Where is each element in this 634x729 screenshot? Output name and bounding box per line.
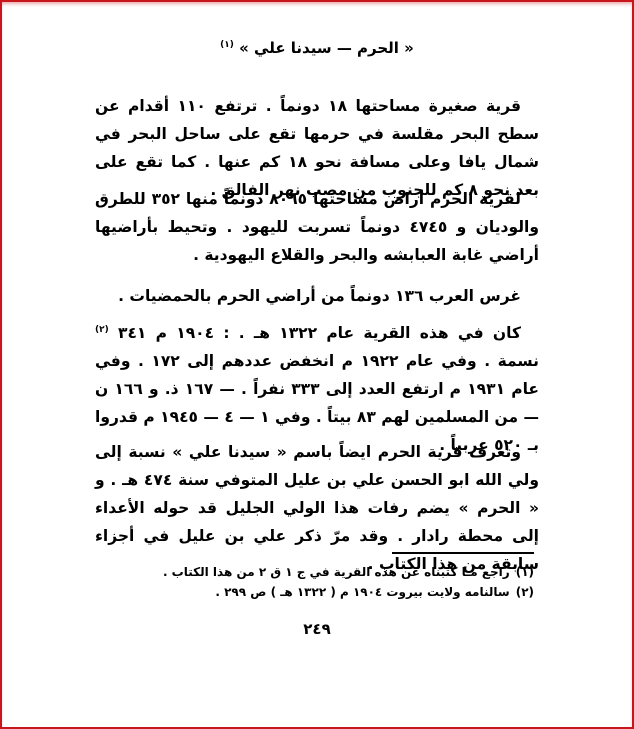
paragraph-1-text: قرية صغيرة مساحتها ١٨ دونماً . ترتفع ١١٠…: [95, 97, 539, 199]
footnote-2-text: سالنامه ولايت بيروت ١٩٠٤ م ( ١٣٢٢ هـ ) ص…: [215, 585, 509, 599]
footnote-1-number: (١): [516, 565, 534, 579]
footnotes: (١)راجع مـا كتبناه عن هذه القرية في ج ١ …: [95, 562, 534, 602]
footnote-ref-2: (٢): [95, 325, 109, 335]
paragraph-3: غرس العرب ١٣٦ دونماً من أراضي الحرم بالح…: [95, 282, 539, 310]
book-page: « الحرم — سيدنا علي » (١) قرية صغيرة مسا…: [95, 0, 539, 729]
running-title-text: « الحرم — سيدنا علي »: [239, 39, 414, 57]
footnote-separator: [392, 552, 534, 554]
running-title: « الحرم — سيدنا علي » (١): [95, 35, 539, 58]
paragraph-2-text: لقرية الحرم اراض مساحتها ٨٠٦٥ دونماً منه…: [95, 190, 539, 264]
page-number: ٢٤٩: [95, 618, 539, 640]
footnote-2: (٢)سالنامه ولايت بيروت ١٩٠٤ م ( ١٣٢٢ هـ …: [95, 582, 534, 602]
footnote-1: (١)راجع مـا كتبناه عن هذه القرية في ج ١ …: [95, 562, 534, 582]
footnote-ref-1: (١): [220, 40, 234, 50]
footnote-2-number: (٢): [516, 585, 534, 599]
paragraph-2: لقرية الحرم اراض مساحتها ٨٠٦٥ دونماً منه…: [95, 185, 539, 269]
paragraph-3-text: غرس العرب ١٣٦ دونماً من أراضي الحرم بالح…: [118, 287, 521, 305]
paragraph-4-text-before: كان في هذه القرية عام ١٣٢٢ هـ . : ١٩٠٤ م…: [118, 324, 521, 342]
paragraph-5: وتعرف قرية الحرم ايضاً باسم « سيدنا علي …: [95, 438, 539, 578]
footnote-1-text: راجع مـا كتبناه عن هذه القرية في ج ١ ق ٢…: [163, 565, 510, 579]
